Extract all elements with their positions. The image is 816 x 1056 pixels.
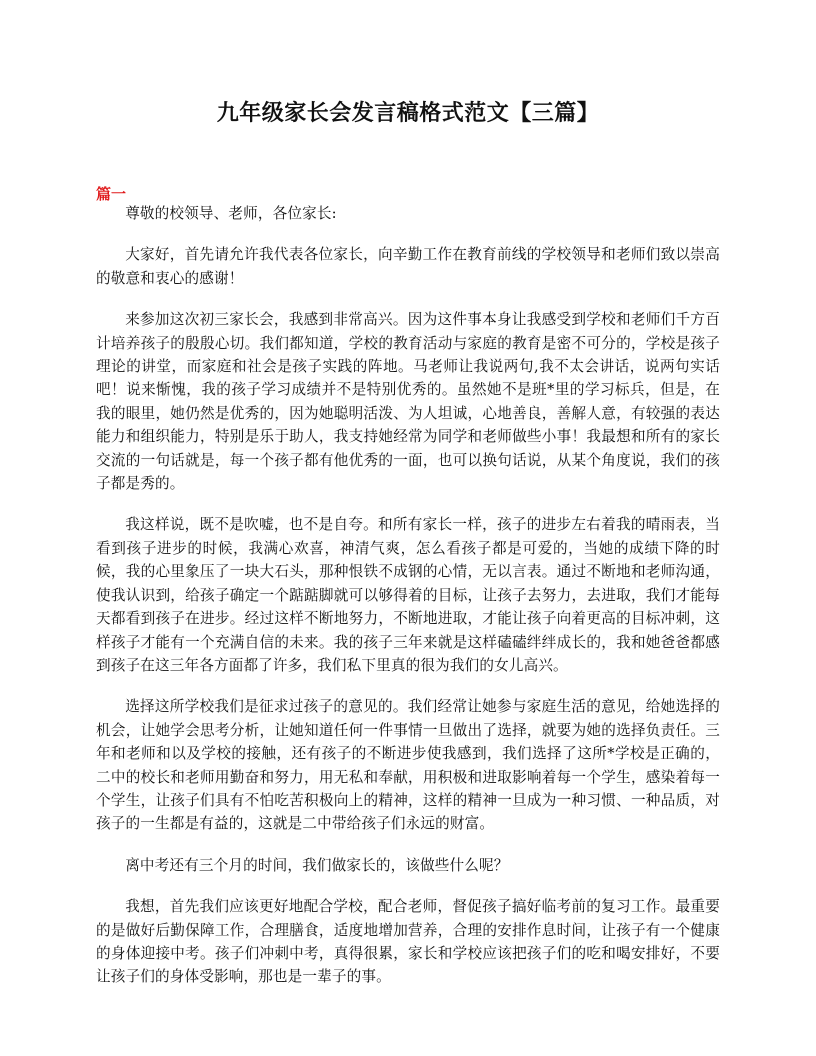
section-heading: 篇一 xyxy=(96,183,126,204)
body-paragraph: 我这样说，既不是吹嘘，也不是自夸。和所有家长一样，孩子的进步左右着我的晴雨表，当… xyxy=(96,513,720,677)
body-paragraph: 我想，首先我们应该更好地配合学校，配合老师，督促孩子搞好临考前的复习工作。最重要… xyxy=(96,895,720,989)
body-paragraph: 离中考还有三个月的时间，我们做家长的，该做些什么呢？ xyxy=(96,854,720,877)
document-page: 九年级家长会发言稿格式范文【三篇】 篇一 尊敬的校领导、老师，各位家长: 大家好… xyxy=(0,0,816,1056)
salutation-paragraph: 尊敬的校领导、老师，各位家长: xyxy=(96,202,720,225)
body-paragraph: 大家好，首先请允许我代表各位家长，向辛勤工作在教育前线的学校领导和老师们致以崇高… xyxy=(96,243,720,290)
document-title: 九年级家长会发言稿格式范文【三篇】 xyxy=(0,96,816,127)
body-paragraph: 选择这所学校我们是征求过孩子的意见的。我们经常让她参与家庭生活的意见，给她选择的… xyxy=(96,695,720,835)
document-body: 尊敬的校领导、老师，各位家长: 大家好，首先请允许我代表各位家长，向辛勤工作在教… xyxy=(96,202,720,1007)
body-paragraph: 来参加这次初三家长会，我感到非常高兴。因为这件事本身让我感受到学校和老师们千方百… xyxy=(96,308,720,495)
